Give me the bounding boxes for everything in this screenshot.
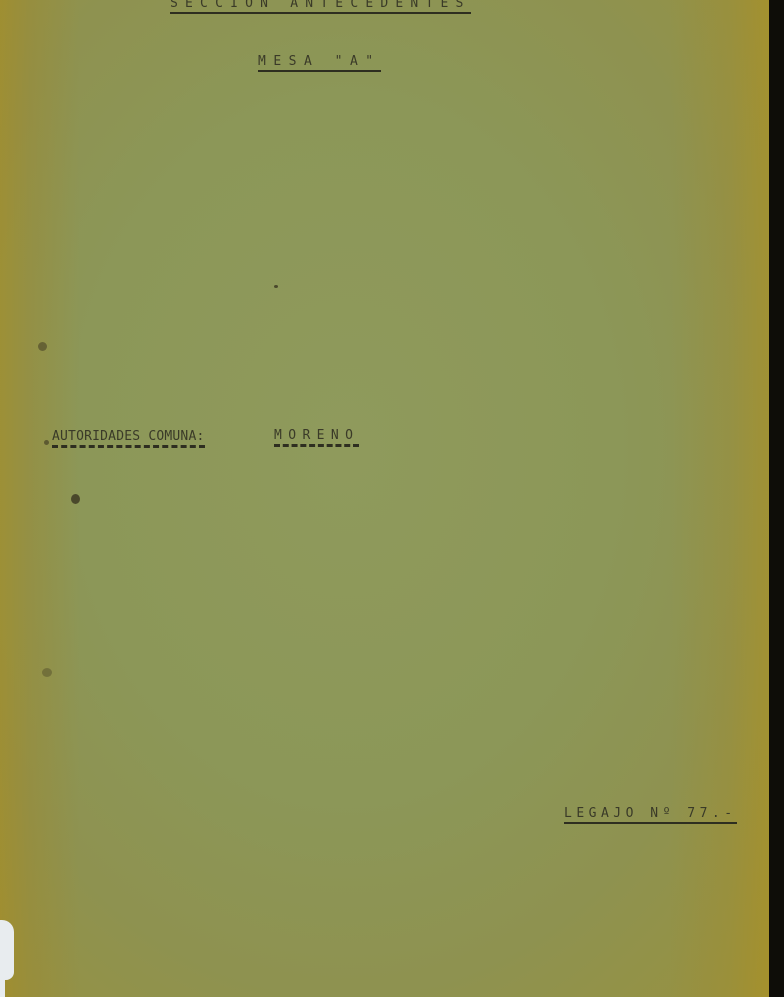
file-number: LEGAJO Nº 77.- <box>564 806 737 824</box>
document-page: SECCION ANTECEDENTES MESA "A" AUTORIDADE… <box>0 0 769 997</box>
desk-heading: MESA "A" <box>258 54 381 72</box>
torn-edge <box>0 940 5 997</box>
scanner-edge <box>769 0 784 997</box>
field-label: AUTORIDADES COMUNA: <box>52 429 205 448</box>
section-heading: SECCION ANTECEDENTES <box>170 0 471 14</box>
field-value: MORENO <box>274 428 359 447</box>
ink-spot <box>44 440 49 445</box>
ink-spot <box>38 342 47 351</box>
ink-spot <box>274 285 278 288</box>
ink-spot <box>71 494 80 504</box>
ink-spot <box>42 668 52 677</box>
